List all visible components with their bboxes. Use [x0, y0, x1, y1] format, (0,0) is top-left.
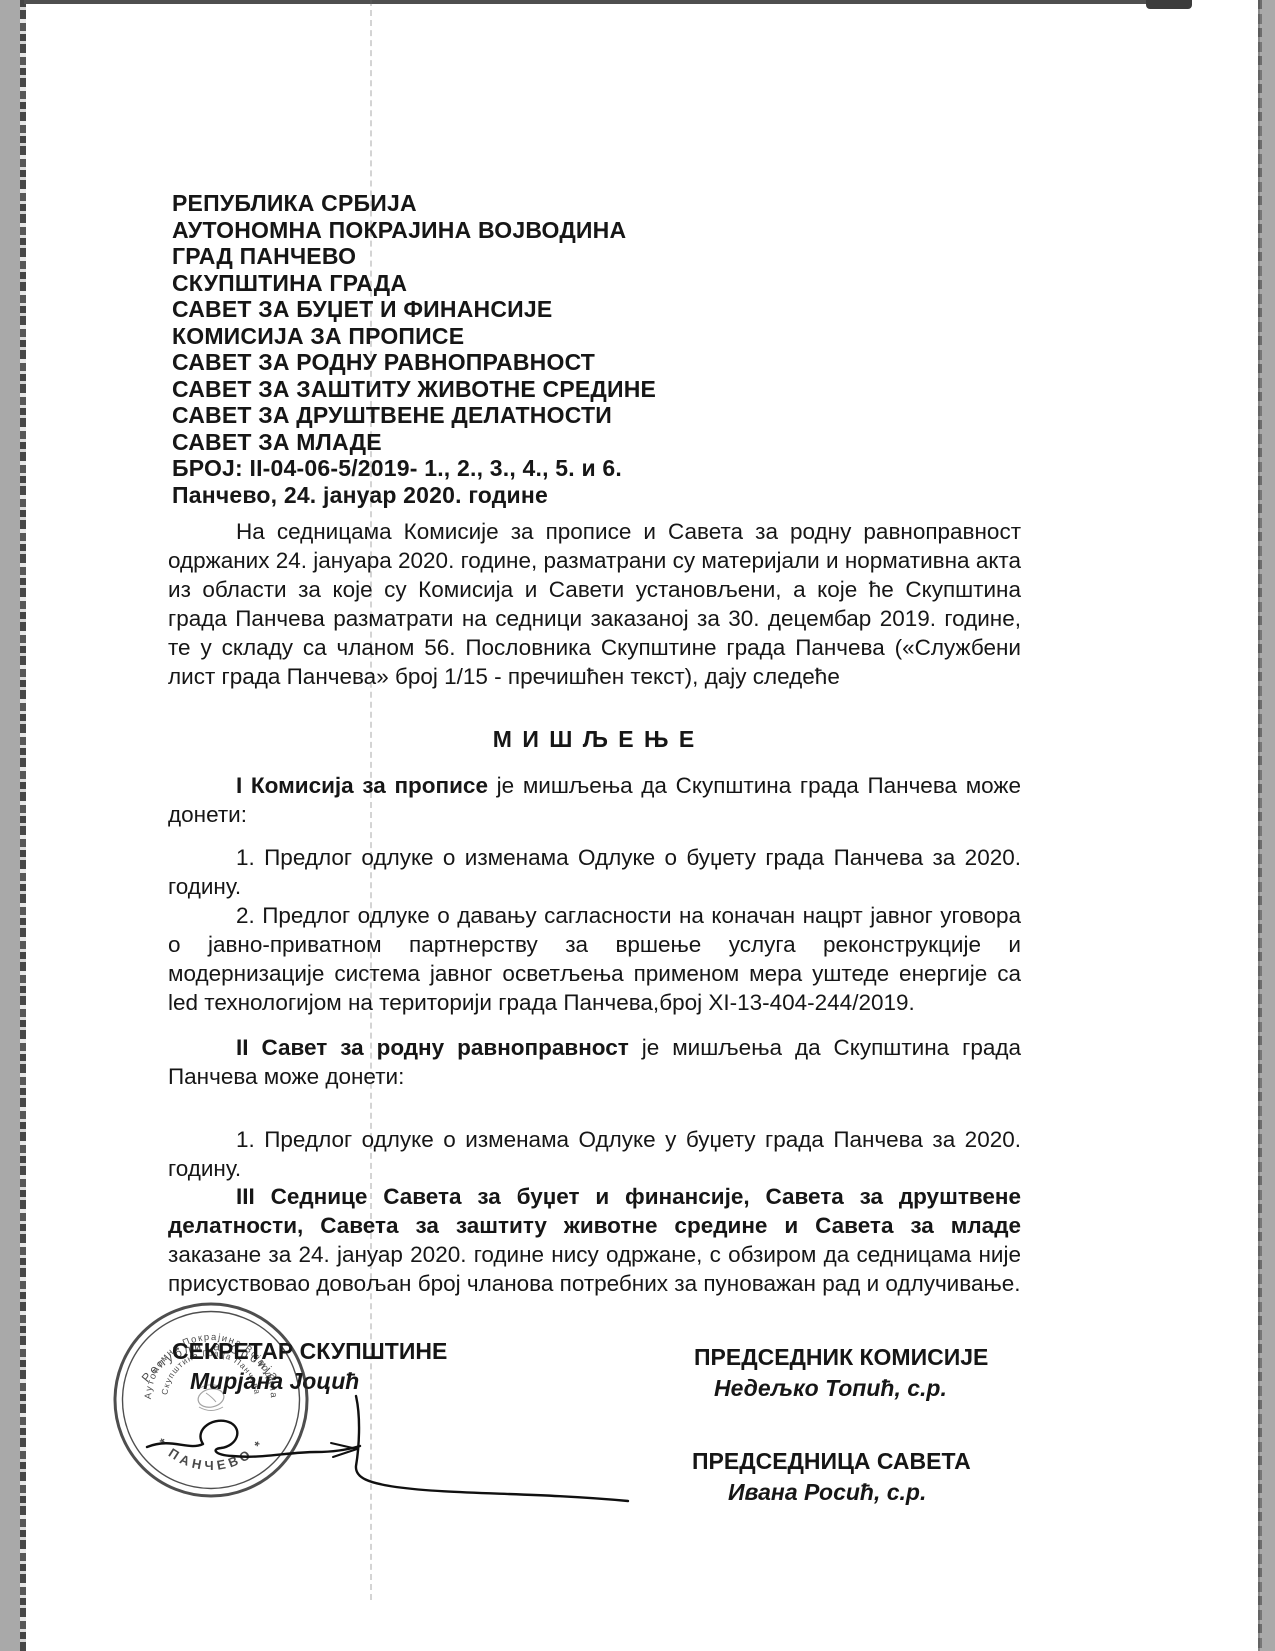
letterhead-line: СКУПШТИНА ГРАДА [172, 270, 656, 297]
section-3-label: III Седнице Савета за буџет и финансије,… [168, 1184, 1021, 1238]
document-date-place: Панчево, 24. јануар 2020. године [172, 482, 656, 509]
secretary-name: Мирјана Јоцић [190, 1368, 359, 1395]
section-2-items: 1. Предлог одлуке о изменама Одлуке у бу… [168, 1125, 1021, 1183]
letterhead-line: РЕПУБЛИКА СРБИЈА [172, 190, 656, 217]
section-1-lead-wrap: I Комисија за прописе је мишљења да Скуп… [168, 771, 1021, 829]
section-2-lead-wrap: II Савет за родну равноправност је мишље… [168, 1033, 1021, 1091]
council-president-name: Ивана Росић, с.р. [728, 1479, 926, 1506]
signature-tail-stroke [356, 1396, 628, 1501]
scan-edge-left-noise [20, 0, 26, 1651]
document-letterhead: РЕПУБЛИКА СРБИЈА АУТОНОМНА ПОКРАЈИНА ВОЈ… [172, 190, 656, 508]
letterhead-line: САВЕТ ЗА ДРУШТВЕНЕ ДЕЛАТНОСТИ [172, 402, 656, 429]
handwritten-signature [147, 1396, 628, 1501]
section-2-lead: II Савет за родну равноправност је мишље… [168, 1033, 1021, 1091]
scan-edge-top [24, 0, 1170, 4]
commission-president-title: ПРЕДСЕДНИК КОМИСИЈЕ [694, 1344, 988, 1371]
signature-arrow-stroke [331, 1443, 357, 1457]
letterhead-line: ГРАД ПАНЧЕВО [172, 243, 656, 270]
document-number: БРОЈ: II-04-06-5/2019- 1., 2., 3., 4., 5… [172, 455, 656, 482]
section-1-lead: I Комисија за прописе је мишљења да Скуп… [168, 771, 1021, 829]
signature-stroke [147, 1421, 360, 1457]
section-3-wrap: III Седнице Савета за буџет и финансије,… [168, 1182, 1021, 1298]
stamp-bottom-text: * ПАНЧЕВО * [154, 1435, 269, 1473]
opinion-title: М И Ш Љ Е Њ Е [168, 726, 1021, 753]
svg-text:* ПАНЧЕВО *: * ПАНЧЕВО * [154, 1435, 269, 1473]
letterhead-line: САВЕТ ЗА РОДНУ РАВНОПРАВНОСТ [172, 349, 656, 376]
section-1-label: I Комисија за прописе [236, 773, 488, 798]
section-1-items: 1. Предлог одлуке о изменама Одлуке о бу… [168, 843, 1021, 1017]
secretary-title: СЕКРЕТАР СКУПШТИНЕ [172, 1338, 447, 1365]
intro-paragraph: На седницама Комисије за прописе и Савет… [168, 517, 1021, 691]
intro-paragraph-wrap: На седницама Комисије за прописе и Савет… [168, 517, 1021, 691]
council-president-title: ПРЕДСЕДНИЦА САВЕТА [692, 1448, 971, 1475]
scan-edge-left [0, 0, 20, 1651]
section-1-item-2: 2. Предлог одлуке о давању сагласности н… [168, 901, 1021, 1017]
letterhead-line: КОМИСИЈА ЗА ПРОПИСЕ [172, 323, 656, 350]
letterhead-line: САВЕТ ЗА ЗАШТИТУ ЖИВОТНЕ СРЕДИНЕ [172, 376, 656, 403]
section-2-item-1: 1. Предлог одлуке о изменама Одлуке у бу… [168, 1125, 1021, 1183]
letterhead-line: АУТОНОМНА ПОКРАЈИНА ВОЈВОДИНА [172, 217, 656, 244]
section-1-item-1: 1. Предлог одлуке о изменама Одлуке о бу… [168, 843, 1021, 901]
scan-corner-artifact [1146, 0, 1192, 9]
official-stamp: Република Србија Аутономна Покрајина Вој… [115, 1304, 307, 1496]
section-3-paragraph: III Седнице Савета за буџет и финансије,… [168, 1182, 1021, 1298]
letterhead-line: САВЕТ ЗА БУЏЕТ И ФИНАНСИЈЕ [172, 296, 656, 323]
letterhead-line: САВЕТ ЗА МЛАДЕ [172, 429, 656, 456]
scanned-document-page: РЕПУБЛИКА СРБИЈА АУТОНОМНА ПОКРАЈИНА ВОЈ… [0, 0, 1275, 1651]
section-3-text: заказане за 24. јануар 2020. године нису… [168, 1242, 1021, 1296]
scan-edge-right-noise [1258, 0, 1262, 1651]
commission-president-name: Недељко Топић, с.р. [714, 1375, 947, 1402]
section-2-label: II Савет за родну равноправност [236, 1035, 629, 1060]
